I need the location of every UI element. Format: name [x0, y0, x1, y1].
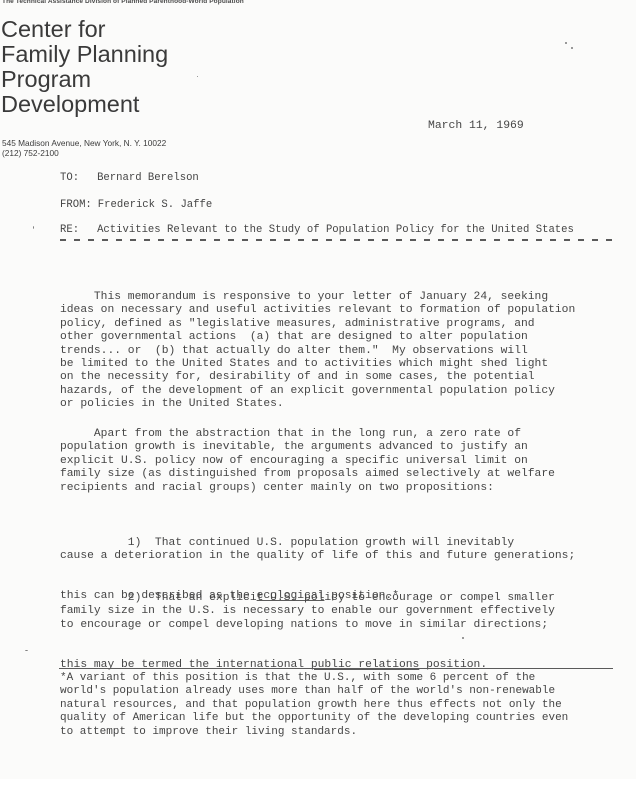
address-street: 545 Madison Avenue, New York, N. Y. 1002… [2, 138, 166, 148]
text-line: population growth is inevitable, the arg… [60, 441, 620, 454]
from-value: Frederick S. Jaffe [98, 199, 212, 211]
memo-page: The Technical Assistance Division of Pla… [0, 0, 636, 779]
re-label: RE: [60, 224, 79, 236]
text-line: trends... or (b) that actually do alter … [60, 345, 620, 358]
footnote-rule [59, 668, 613, 669]
header-dashed-rule [60, 239, 618, 241]
footnote-line: world's population already uses more tha… [60, 685, 620, 698]
footnote-line: quality of American life but the opportu… [60, 712, 620, 725]
text-line: 2) That an explicit U.S. policy to encou… [60, 592, 620, 605]
body-paragraph-1: This memorandum is responsive to your le… [60, 291, 620, 412]
from-label: FROM: [60, 199, 92, 211]
footnote-line: *A variant of this position is that the … [60, 672, 620, 685]
to-label: TO: [60, 172, 79, 184]
scan-speck [462, 637, 464, 639]
text-line: ideas on necessary and useful activities… [60, 304, 620, 317]
text-line: recipients and racial groups) center mai… [60, 482, 620, 495]
organization-name: Center for Family Planning Program Devel… [1, 17, 168, 117]
text-line: policy, defined as "legislative measures… [60, 318, 620, 331]
proposition-2-last-line: this may be termed the international pub… [60, 659, 620, 672]
letterhead-tagline: The Technical Assistance Division of Pla… [2, 0, 244, 6]
footnote-line: natural resources, and that population g… [60, 699, 620, 712]
text-line: or policies in the United States. [60, 398, 620, 411]
to-value: Bernard Berelson [97, 172, 199, 184]
body-paragraph-2: Apart from the abstraction that in the l… [60, 428, 620, 495]
text-line: family size (as distinguished from propo… [60, 468, 620, 481]
underlined-term: public relations [311, 659, 419, 671]
text-line: be limited to the United States and to a… [60, 358, 620, 371]
text-line: 1) That continued U.S. population growth… [60, 537, 620, 550]
text-line: other governmental actions (a) that are … [60, 331, 620, 344]
org-name-line: Family Planning [1, 42, 168, 67]
org-name-line: Center for [1, 17, 168, 42]
org-name-line: Development [1, 92, 168, 117]
text-line: hazards, of the development of an explic… [60, 385, 620, 398]
scan-speck [565, 42, 567, 44]
memo-re: RE:Activities Relevant to the Study of P… [60, 224, 574, 236]
scan-speck [33, 226, 34, 229]
memo-date: March 11, 1969 [428, 120, 524, 132]
text-line: to encourage or compel developing nation… [60, 619, 620, 632]
scan-speck [25, 650, 28, 651]
text-line: This memorandum is responsive to your le… [60, 291, 620, 304]
footnote: *A variant of this position is that the … [60, 672, 620, 739]
text-line: explicit U.S. policy now of encouraging … [60, 455, 620, 468]
address-phone: (212) 752-2100 [2, 148, 166, 158]
text-line: cause a deterioration in the quality of … [60, 550, 620, 563]
text-line: on the necessity for, desirability of an… [60, 371, 620, 384]
text-line: Apart from the abstraction that in the l… [60, 428, 620, 441]
text-line: family size in the U.S. is necessary to … [60, 605, 620, 618]
scan-speck [197, 76, 198, 77]
scan-speck [571, 47, 573, 49]
memo-from: FROM:Frederick S. Jaffe [60, 199, 212, 211]
org-name-line: Program [1, 67, 168, 92]
re-value: Activities Relevant to the Study of Popu… [97, 224, 574, 236]
memo-to: TO:Bernard Berelson [60, 172, 199, 184]
footnote-line: to attempt to improve their living stand… [60, 726, 620, 739]
org-address: 545 Madison Avenue, New York, N. Y. 1002… [2, 138, 166, 158]
